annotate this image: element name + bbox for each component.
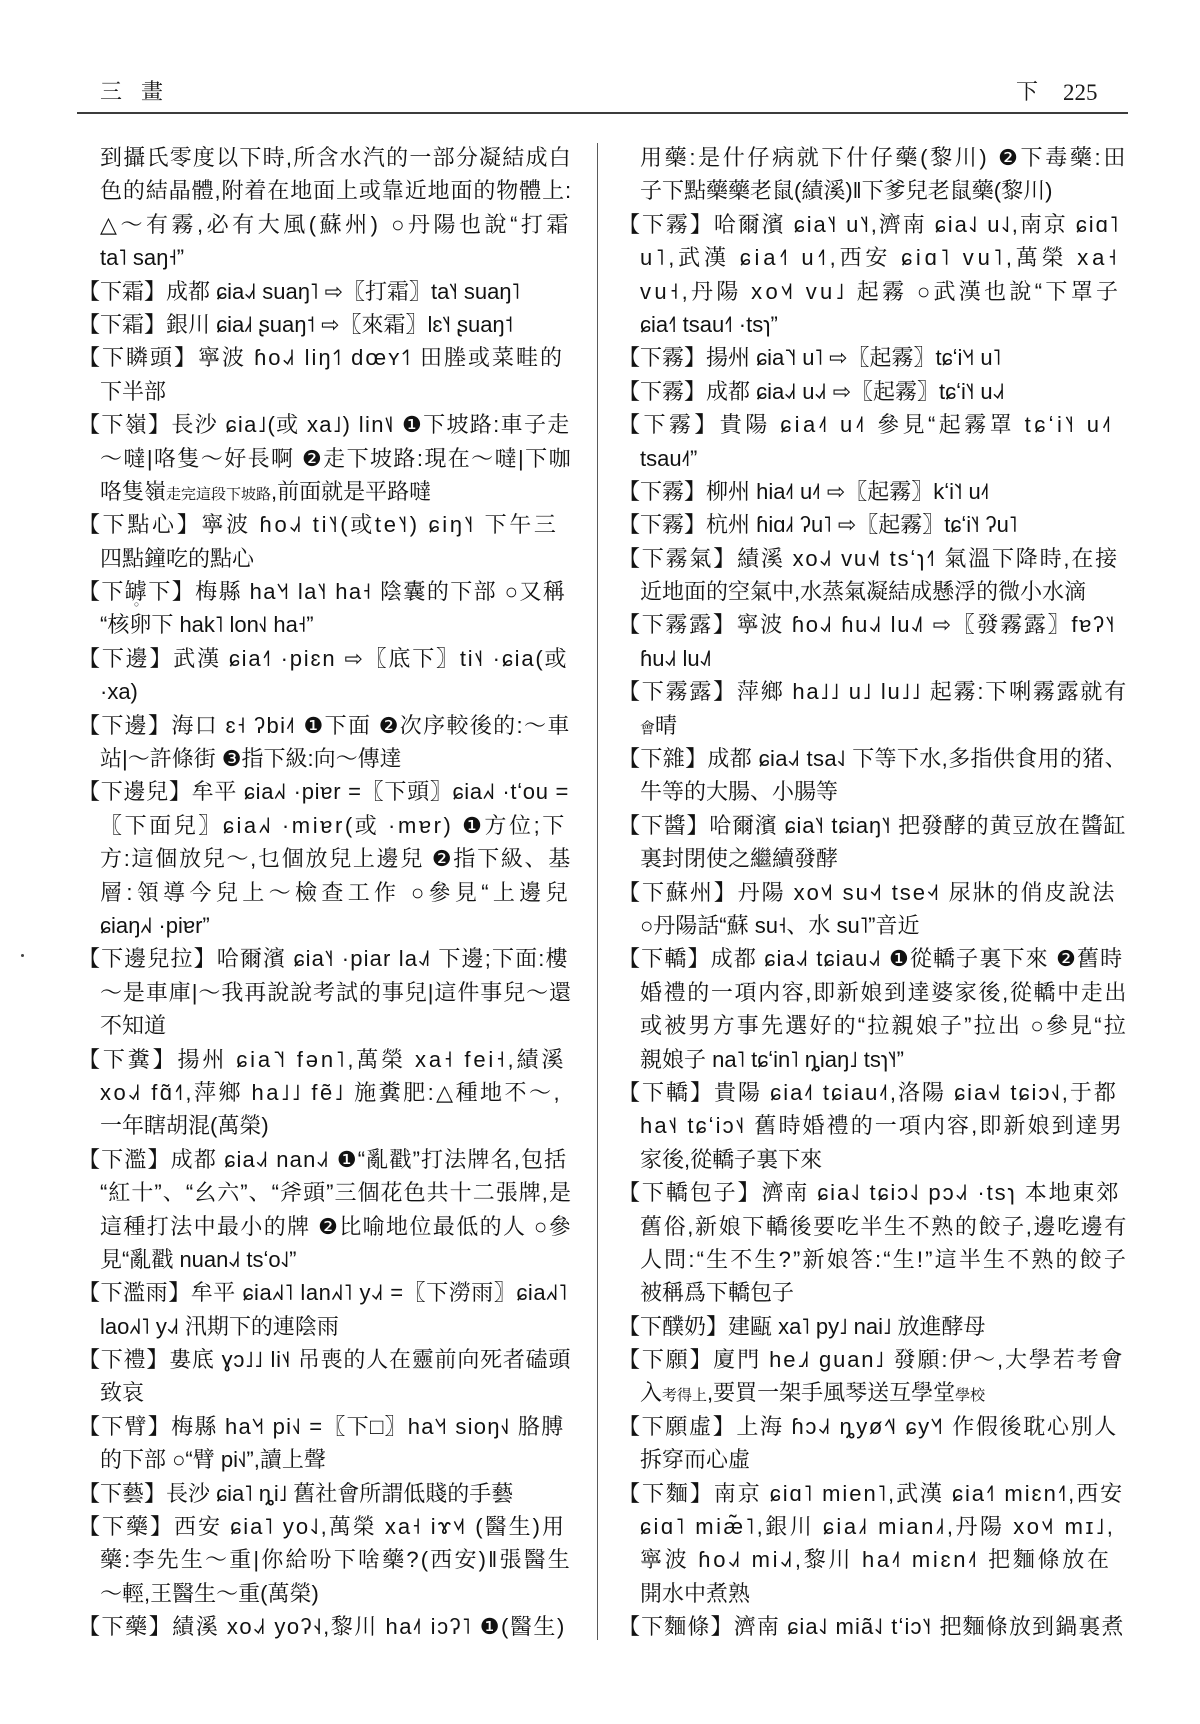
line-text: 【下醬】哈爾濱 ɕia˥˧ tɕiaŋ˥˧ 把發酵的黄豆放在醬缸 — [618, 809, 1126, 842]
dictionary-entry: 【下霧氣】績溪 xo˨˩˧ vu˧˩˥ tsʻɿ˧˥ 氣溫下降時,在接近地面的空… — [618, 542, 1128, 609]
dictionary-entry: 【下霜】銀川 ɕia˩˧ ʂuaŋ˦ ⇨〖來霜〗lɛ˥˧ ʂuaŋ˦ — [78, 308, 572, 341]
entry-headline: 【下霧】成都 ɕia˨˩˧ u˨˩˧ ⇨〖起霧〗tɕʻi˥˧ u˨˩˧ — [618, 375, 1128, 408]
line-text: 【下邊】武漢 ɕia˧˥ ·piɛn ⇨〖底下〗ti˦˨ ·ɕia(或 — [78, 642, 568, 675]
dictionary-entry: 【下濫雨】牟平 ɕia˩˧˩˥ lan˩˧˩˥ y˨˩˧ =〖下澇雨〗ɕia˩˧… — [78, 1276, 572, 1343]
entry-line: 到攝氏零度以下時,所含水汽的一部分凝結成白 — [78, 141, 572, 174]
dictionary-entry: 【下霧】成都 ɕia˨˩˧ u˨˩˧ ⇨〖起霧〗tɕʻi˥˧ u˨˩˧ — [618, 375, 1128, 408]
entry-line: ɕia˧˥ tsau˧˥ ·tsɿ” — [618, 308, 1128, 341]
line-text: 開水中煮熟 — [640, 1577, 750, 1610]
line-text: 裏封閉使之繼續發酵 — [640, 842, 838, 875]
line-text: 拆穿而心虛 — [640, 1443, 750, 1476]
entry-headline: 【下麵】南京 ɕiɑ˥ mien˥,武漢 ɕia˧˥ miɛn˧˥,西安 — [618, 1477, 1128, 1510]
line-text: 【下藝】長沙 ɕia˥ ȵi˩ 舊社會所謂低賤的手藝 — [78, 1477, 513, 1510]
left-column: 到攝氏零度以下時,所含水汽的一部分凝結成白色的結晶體,附着在地面上或靠近地面的物… — [78, 141, 572, 1644]
line-text: tsau˨˦” — [640, 442, 697, 475]
line-text: 【下轎】成都 ɕia˨˩˧ tɕiau˨˩˧ ❶從轎子裏下來 ❷舊時 — [618, 942, 1123, 975]
dictionary-entry: 【下麵】南京 ɕiɑ˥ mien˥,武漢 ɕia˧˥ miɛn˧˥,西安ɕiɑ˥… — [618, 1477, 1128, 1611]
entry-line: 這種打法中最小的牌 ❷比喻地位最低的人 ○參 — [78, 1210, 572, 1243]
entry-headline: 【下臂】梅縣 ha˥˧˦ pi˧˩ =〖下□〗ha˥˧˦ sioŋ˧˩ 胳膊 — [78, 1410, 572, 1443]
entry-headline: 【下轎】成都 ɕia˨˩˧ tɕiau˨˩˧ ❶從轎子裏下來 ❷舊時 — [618, 942, 1128, 975]
entry-line: ～輕,王醫生～重(萬榮) — [78, 1577, 572, 1610]
entry-headline: 【下藥】西安 ɕia˥ yo˨˩,萬榮 xa˧ iɤ˦˨˦ (醫生)用 — [78, 1510, 572, 1543]
entry-line: 咯隻嶺走完這段下坡路,前面就是平路噠 — [78, 475, 572, 508]
line-text: 【下罅○下】梅縣 ha˥˧˦ la˥˧ ha˧ 陰囊的下部 ○又稱 — [78, 575, 566, 608]
entry-headline: 【下轎】貴陽 ɕia˨˦ tɕiau˨˦,洛陽 ɕia˧˩˧ tɕiɔ˧˩,于都 — [618, 1076, 1128, 1109]
dictionary-entry: 【下禮】婁底 ɣɔ˩˩ li˦˨ 吊喪的人在靈前向死者磕頭致哀 — [78, 1343, 572, 1410]
line-text: 方:這個放兒～,乜個放兒上邊兒 ❷指下級、基 — [100, 842, 572, 875]
entry-headline: 【下轎包子】濟南 ɕia˨˩ tɕiɔ˨˩ pɔ˨˩˧ ·tsɿ 本地東郊 — [618, 1176, 1128, 1209]
dictionary-entry: 【下願】廈門 he˩˩˧ guan˩ 發願:伊～,大學若考會入考得上,要買一架手… — [618, 1343, 1128, 1410]
entry-line: 致哀 — [78, 1376, 572, 1409]
entry-line: 婚禮的一項内容,即新娘到達婆家後,從轎中走出 — [618, 976, 1128, 1009]
line-text: 【下願】廈門 he˩˩˧ guan˩ 發願:伊～,大學若考會 — [618, 1343, 1124, 1376]
entry-headline: 【下點心】寧波 ɦo˨˩˧ ti˥˧(或te˥˧) ɕiŋ˥˧ 下午三 — [78, 508, 572, 541]
dictionary-entry: 【下雜】成都 ɕia˨˩˧ tsa˨˩ 下等下水,多指供食用的猪、牛等的大腸、小… — [618, 742, 1128, 809]
line-text: “紅十”、“幺六”、“斧頭”三個花色共十二張牌,是 — [100, 1176, 572, 1209]
dictionary-entry: 【下邊兒拉】哈爾濱 ɕia˥˧ ·piar la˨˩˦ 下邊;下面:樓～是車庫|… — [78, 942, 572, 1042]
text-segment: 咯隻嶺 — [100, 479, 166, 504]
entry-line: u˥,武漢 ɕia˧˥ u˧˥,西安 ɕiɑ˥ vu˥,萬榮 xa˧ — [618, 241, 1128, 274]
dictionary-entry: 【下轎】成都 ɕia˨˩˧ tɕiau˨˩˧ ❶從轎子裏下來 ❷舊時婚禮的一項内… — [618, 942, 1128, 1076]
entry-headline: 【下願】廈門 he˩˩˧ guan˩ 發願:伊～,大學若考會 — [618, 1343, 1128, 1376]
line-text: 或被男方事先選好的“拉親娘子”拉出 ○參見“拉 — [640, 1009, 1128, 1042]
entry-headline: 【下藥】績溪 xo˨˩˧ yoʔ˧˨,黎川 ha˨˦ iɔʔ˥ ❶(醫生) — [78, 1610, 572, 1643]
small-annotation: 會 — [640, 720, 655, 737]
entry-line: 方:這個放兒～,乜個放兒上邊兒 ❷指下級、基 — [78, 842, 572, 875]
entry-line: ～是車庫|～我再說說考試的事兒|這件事兒～還 — [78, 976, 572, 1009]
line-text: 【下霧氣】績溪 xo˨˩˧ vu˧˩˥ tsʻɿ˧˥ 氣溫下降時,在接 — [618, 542, 1119, 575]
line-text: 人問:“生不生?”新娘答:“生!”這半生不熟的餃子 — [640, 1243, 1128, 1276]
line-text: 一年瞎胡混(萬榮) — [100, 1109, 269, 1142]
entry-headline: 【下邊兒】牟平 ɕia˩˧˩ ·piɐr =〖下頭〗ɕia˩˧˩ ·tʻou = — [78, 775, 572, 808]
line-text: ～噠|咯隻～好長啊 ❷走下坡路:現在～噠|下咖 — [100, 442, 572, 475]
entry-line: xo˨˩˧ fɑ̃˧˥,萍鄉 ha˩˩ fẽ˩ 施糞肥:△種地不～, — [78, 1076, 572, 1109]
line-text: 【下嶺】長沙 ɕia˩(或 xa˩) lin˦˩ ❶下坡路:車子走 — [78, 408, 571, 441]
entry-headline: 【下邊】武漢 ɕia˧˥ ·piɛn ⇨〖底下〗ti˦˨ ·ɕia(或 — [78, 642, 572, 675]
line-text: 【下霜】銀川 ɕia˩˧ ʂuaŋ˦ ⇨〖來霜〗lɛ˥˧ ʂuaŋ˦ — [78, 308, 513, 341]
dictionary-entry: 【下濫】成都 ɕia˨˩˧ nan˨˩˧ ❶“亂戳”打法牌名,包括“紅十”、“幺… — [78, 1143, 572, 1277]
line-text: 【下轎】貴陽 ɕia˨˦ tɕiau˨˦,洛陽 ɕia˧˩˧ tɕiɔ˧˩,于都 — [618, 1076, 1118, 1109]
line-text: ta˥ saŋ˧” — [100, 241, 184, 274]
entry-line: 子下點藥藥老鼠(績溪)‖下爹兒老鼠藥(黎川) — [618, 174, 1128, 207]
line-text: 會晴 — [640, 709, 677, 745]
entry-headline: 【下邊兒拉】哈爾濱 ɕia˥˧ ·piar la˨˩˦ 下邊;下面:樓 — [78, 942, 572, 975]
line-text: ɦu˨˩˧ lu˨˩˥ — [640, 642, 712, 675]
entry-line: 牛等的大腸、小腸等 — [618, 775, 1128, 808]
line-text: 藥:李先生～重|你給吩下啥藥?(西安)‖張醫生 — [100, 1543, 572, 1576]
entry-headline: 【下罅○下】梅縣 ha˥˧˦ la˥˧ ha˧ 陰囊的下部 ○又稱 — [78, 575, 572, 608]
entry-headline: 【下禮】婁底 ɣɔ˩˩ li˦˨ 吊喪的人在靈前向死者磕頭 — [78, 1343, 572, 1376]
entry-headline: 【下霧露】萍鄉 ha˩˩ u˩ lu˩˩ 起霧:下唎霧露就有 — [618, 675, 1128, 708]
entry-headline: 【下邊】海口 ɛ˧ ʔbi˨˦ ❶下面 ❷次序較後的:～車 — [78, 709, 572, 742]
dictionary-entry: 【下瞵頭】寧波 ɦo˨˩˧ liŋ˦˥ dœʏ˦˥ 田塍或菜畦的下半部 — [78, 341, 572, 408]
entry-line: 或被男方事先選好的“拉親娘子”拉出 ○參見“拉 — [618, 1009, 1128, 1042]
entry-line: ○丹陽話“蘇 su˧、水 su˥”音近 — [618, 909, 1128, 942]
running-head-character: 下 — [1016, 80, 1038, 106]
dictionary-entry: 【下藥】西安 ɕia˥ yo˨˩,萬榮 xa˧ iɤ˦˨˦ (醫生)用藥:李先生… — [78, 1510, 572, 1610]
right-column: 用藥:是什仔病就下什仔藥(黎川) ❷下毒藥:田子下點藥藥老鼠(績溪)‖下爹兒老鼠… — [618, 141, 1128, 1644]
line-text: 家後,從轎子裏下來 — [640, 1143, 822, 1176]
entry-line: 藥:李先生～重|你給吩下啥藥?(西安)‖張醫生 — [78, 1543, 572, 1576]
line-text: 【下邊兒】牟平 ɕia˩˧˩ ·piɐr =〖下頭〗ɕia˩˧˩ ·tʻou = — [78, 775, 569, 808]
entry-line: 會晴 — [618, 709, 1128, 742]
entry-headline: 【下霧】杭州 ɦiɑ˩˧ ʔu˥ ⇨〖起霧〗tɕʻi˥˧ ʔu˥ — [618, 508, 1128, 541]
header-rule — [77, 112, 1128, 114]
entry-line: tsau˨˦” — [618, 442, 1128, 475]
line-text: 近地面的空氣中,水蒸氣凝結成懸浮的微小水滴 — [640, 575, 1086, 608]
entry-line: △～有霧,必有大風(蘇州) ○丹陽也說“打霜 — [78, 208, 572, 241]
entry-line: 家後,從轎子裏下來 — [618, 1143, 1128, 1176]
entry-headline: 【下蘇州】丹陽 xo˦˨˦ su˧˨˦ tse˧˨˦ 尿牀的俏皮說法 — [618, 876, 1128, 909]
entry-line: 拆穿而心虛 — [618, 1443, 1128, 1476]
circle-mark-below-icon: ○ — [134, 600, 139, 609]
entry-line: “紅十”、“幺六”、“斧頭”三個花色共十二張牌,是 — [78, 1176, 572, 1209]
line-text: 子下點藥藥老鼠(績溪)‖下爹兒老鼠藥(黎川) — [640, 174, 1052, 207]
entry-headline: 【下醭奶】建甌 xa˥ py˩ nai˩ 放進酵母 — [618, 1310, 1128, 1343]
small-annotation: 走完這段下坡路 — [166, 486, 271, 503]
entry-headline: 【下霧】貴陽 ɕia˨˦ u˨˦ 參見“起霧罩 tɕʻi˥˧ u˨˦ — [618, 408, 1128, 441]
line-text: 【下邊】海口 ɛ˧ ʔbi˨˦ ❶下面 ❷次序較後的:～車 — [78, 709, 571, 742]
entry-line: ta˥ saŋ˧” — [78, 241, 572, 274]
line-text: u˥,武漢 ɕia˧˥ u˧˥,西安 ɕiɑ˥ vu˥,萬榮 xa˧ — [640, 241, 1120, 274]
entry-line: 四點鐘吃的點心 — [78, 542, 572, 575]
section-label-char: 畫 — [141, 80, 163, 106]
line-text: ～是車庫|～我再說說考試的事兒|這件事兒～還 — [100, 976, 572, 1009]
entry-headline: 【下糞】揚州 ɕia˥˥˧ fən˥,萬榮 xa˧ fei˧,績溪 — [78, 1043, 572, 1076]
entry-line: ɕiɑ˥ miæ̃˥,銀川 ɕia˩˧ mian˩˧,丹陽 xo˦˨˦ mɪ˩, — [618, 1510, 1128, 1543]
dictionary-entry: 【下邊】海口 ɛ˧ ʔbi˨˦ ❶下面 ❷次序較後的:～車站|～許條街 ❸指下級… — [78, 709, 572, 776]
line-text: 【下糞】揚州 ɕia˥˥˧ fən˥,萬榮 xa˧ fei˧,績溪 — [78, 1043, 566, 1076]
scan-speck — [21, 954, 24, 957]
entry-line: 寧波 ɦo˨˩˧ mi˨˩˧,黎川 ha˨˦ miɛn˨˦ 把麵條放在 — [618, 1543, 1128, 1576]
line-text: 色的結晶體,附着在地面上或靠近地面的物體上: — [100, 174, 572, 207]
dictionary-entry: 【下藝】長沙 ɕia˥ ȵi˩ 舊社會所謂低賤的手藝 — [78, 1477, 572, 1510]
line-text: 【下邊兒拉】哈爾濱 ɕia˥˧ ·piar la˨˩˦ 下邊;下面:樓 — [78, 942, 569, 975]
line-text: 【下醭奶】建甌 xa˥ py˩ nai˩ 放進酵母 — [618, 1310, 986, 1343]
line-text: 【下藥】績溪 xo˨˩˧ yoʔ˧˨,黎川 ha˨˦ iɔʔ˥ ❶(醫生) — [78, 1610, 566, 1643]
line-text: 【下霧】杭州 ɦiɑ˩˧ ʔu˥ ⇨〖起霧〗tɕʻi˥˧ ʔu˥ — [618, 508, 1017, 541]
line-text: 【下瞵頭】寧波 ɦo˨˩˧ liŋ˦˥ dœʏ˦˥ 田塍或菜畦的 — [78, 341, 564, 374]
line-text: 【下點心】寧波 ɦo˨˩˧ ti˥˧(或te˥˧) ɕiŋ˥˧ 下午三 — [78, 508, 559, 541]
dictionary-entry: 【下邊兒】牟平 ɕia˩˧˩ ·piɐr =〖下頭〗ɕia˩˧˩ ·tʻou =… — [78, 775, 572, 942]
line-text: 【下霧露】萍鄉 ha˩˩ u˩ lu˩˩ 起霧:下唎霧露就有 — [618, 675, 1128, 708]
entry-headline: 【下霧露】寧波 ɦo˨˩˧ ɦu˨˩˧ lu˨˩˥ ⇨〖發霧露〗fɐʔ˥˧ — [618, 608, 1128, 641]
dictionary-entry: 【下藥】績溪 xo˨˩˧ yoʔ˧˨,黎川 ha˨˦ iɔʔ˥ ❶(醫生) — [78, 1610, 572, 1643]
entry-line: 層:領導今兒上～檢查工作 ○參見“上邊兒 — [78, 876, 572, 909]
section-label-char: 三 — [100, 80, 122, 106]
dictionary-entry: 到攝氏零度以下時,所含水汽的一部分凝結成白色的結晶體,附着在地面上或靠近地面的物… — [78, 141, 572, 275]
line-text: 【下霧】哈爾濱 ɕia˥˧ u˥˧,濟南 ɕia˨˩ u˨˩,南京 ɕiɑ˥ — [618, 208, 1120, 241]
entry-line: 的下部 ○“臂 pi˧˩”,讀上聲 — [78, 1443, 572, 1476]
line-text: xo˨˩˧ fɑ̃˧˥,萍鄉 ha˩˩ fẽ˩ 施糞肥:△種地不～, — [100, 1076, 562, 1109]
line-text: 【下雜】成都 ɕia˨˩˧ tsa˨˩ 下等下水,多指供食用的猪、 — [618, 742, 1127, 775]
line-text: 不知道 — [100, 1009, 166, 1042]
entry-line: ·xa) — [78, 675, 572, 708]
entry-line: ɦu˨˩˧ lu˨˩˥ — [618, 642, 1128, 675]
dictionary-entry: 【下霧】杭州 ɦiɑ˩˧ ʔu˥ ⇨〖起霧〗tɕʻi˥˧ ʔu˥ — [618, 508, 1128, 541]
line-text: 【下霧】揚州 ɕia˥˥˧ u˥ ⇨〖起霧〗tɕʻi˥˧˦ u˥ — [618, 341, 1001, 374]
text-segment: 入 — [640, 1380, 662, 1405]
dictionary-entry: 【下霧】貴陽 ɕia˨˦ u˨˦ 參見“起霧罩 tɕʻi˥˧ u˨˦tsau˨˦… — [618, 408, 1128, 475]
entry-headline: 【下濫】成都 ɕia˨˩˧ nan˨˩˧ ❶“亂戳”打法牌名,包括 — [78, 1143, 572, 1176]
entry-line: 被稱爲下轎包子 — [618, 1276, 1128, 1309]
line-text: 致哀 — [100, 1376, 144, 1409]
entry-line: 色的結晶體,附着在地面上或靠近地面的物體上: — [78, 174, 572, 207]
line-text: 咯隻嶺走完這段下坡路,前面就是平路噠 — [100, 475, 431, 511]
entry-line: 下半部 — [78, 375, 572, 408]
line-text: ～輕,王醫生～重(萬榮) — [100, 1577, 319, 1610]
entry-line: ɕiaŋ˩˧˩ ·piɐr” — [78, 909, 572, 942]
dictionary-entry: 【下霧】哈爾濱 ɕia˥˧ u˥˧,濟南 ɕia˨˩ u˨˩,南京 ɕiɑ˥u˥… — [618, 208, 1128, 342]
line-text: ɕiaŋ˩˧˩ ·piɐr” — [100, 909, 210, 942]
dictionary-entry: 【下蘇州】丹陽 xo˦˨˦ su˧˨˦ tse˧˨˦ 尿牀的俏皮說法○丹陽話“蘇… — [618, 876, 1128, 943]
entry-line: 舊俗,新娘下轎後要吃半生不熟的餃子,邊吃邊有 — [618, 1210, 1128, 1243]
entry-line: ha˦˨ tɕʻiɔ˦˨ 舊時婚禮的一項内容,即新娘到達男 — [618, 1109, 1128, 1142]
entry-headline: 【下霜】銀川 ɕia˩˧ ʂuaŋ˦ ⇨〖來霜〗lɛ˥˧ ʂuaŋ˦ — [78, 308, 572, 341]
text-segment: ,要買一架手風琴送互學堂 — [707, 1380, 955, 1405]
line-text: 【下願虛】上海 ɦɔ˨˩˧ ȵyø˧˥˨ ɕy˥˧˥ 作假後耽心別人 — [618, 1410, 1118, 1443]
page-number: 225 — [1063, 80, 1098, 106]
entry-line: 近地面的空氣中,水蒸氣凝結成懸浮的微小水滴 — [618, 575, 1128, 608]
dictionary-entry: 【下糞】揚州 ɕia˥˥˧ fən˥,萬榮 xa˧ fei˧,績溪xo˨˩˧ f… — [78, 1043, 572, 1143]
dictionary-entry: 【下醭奶】建甌 xa˥ py˩ nai˩ 放進酵母 — [618, 1310, 1128, 1343]
text-segment: 【下 — [78, 579, 125, 604]
dictionary-entry: 【下邊】武漢 ɕia˧˥ ·piɛn ⇨〖底下〗ti˦˨ ·ɕia(或·xa) — [78, 642, 572, 709]
line-text: 站|～許條街 ❸指下級:向～傳達 — [100, 742, 402, 775]
dictionary-entry: 【下麵條】濟南 ɕia˨˩ miã˨˩ tʻiɔ˥˧ 把麵條放到鍋裏煮 — [618, 1610, 1128, 1643]
entry-line: lao˩˧˩˥ y˨˩˧ 汛期下的連陰雨 — [78, 1310, 572, 1343]
line-text: 四點鐘吃的點心 — [100, 542, 254, 575]
entry-line: 人問:“生不生?”新娘答:“生!”這半生不熟的餃子 — [618, 1243, 1128, 1276]
entry-line: 入考得上,要買一架手風琴送互學堂學校 — [618, 1376, 1128, 1409]
entry-headline: 【下藝】長沙 ɕia˥ ȵi˩ 舊社會所謂低賤的手藝 — [78, 1477, 572, 1510]
line-text: 【下霧】貴陽 ɕia˨˦ u˨˦ 參見“起霧罩 tɕʻi˥˧ u˨˦ — [618, 408, 1114, 441]
dictionary-entry: 【下霧】揚州 ɕia˥˥˧ u˥ ⇨〖起霧〗tɕʻi˥˧˦ u˥ — [618, 341, 1128, 374]
entry-headline: 【下霜】成都 ɕia˨˩˧ suaŋ˥ ⇨〖打霜〗ta˥˧ suaŋ˥ — [78, 275, 572, 308]
dictionary-entry: 【下願虛】上海 ɦɔ˨˩˧ ȵyø˧˥˨ ɕy˥˧˥ 作假後耽心別人拆穿而心虛 — [618, 1410, 1128, 1477]
entry-headline: 【下雜】成都 ɕia˨˩˧ tsa˨˩ 下等下水,多指供食用的猪、 — [618, 742, 1128, 775]
dictionary-entry: 【下霜】成都 ɕia˨˩˧ suaŋ˥ ⇨〖打霜〗ta˥˧ suaŋ˥ — [78, 275, 572, 308]
dictionary-entry: 【下霧露】萍鄉 ha˩˩ u˩ lu˩˩ 起霧:下唎霧露就有會晴 — [618, 675, 1128, 742]
line-text: 層:領導今兒上～檢查工作 ○參見“上邊兒 — [100, 876, 572, 909]
line-text: 婚禮的一項内容,即新娘到達婆家後,從轎中走出 — [640, 976, 1128, 1009]
line-text: 親娘子 na˥ tɕʻin˥ ȵiaŋ˩ tsɿ˥˧” — [640, 1043, 904, 1076]
entry-headline: 【下濫雨】牟平 ɕia˩˧˩˥ lan˩˧˩˥ y˨˩˧ =〖下澇雨〗ɕia˩˧… — [78, 1276, 572, 1309]
line-text: 入考得上,要買一架手風琴送互學堂學校 — [640, 1376, 985, 1412]
entry-line: 見“亂戳 nuan˨˩˧ tsʻo˨˩” — [78, 1243, 572, 1276]
dictionary-entry: 【下點心】寧波 ɦo˨˩˧ ti˥˧(或te˥˧) ɕiŋ˥˧ 下午三四點鐘吃的… — [78, 508, 572, 575]
entry-headline: 【下麵條】濟南 ɕia˨˩ miã˨˩ tʻiɔ˥˧ 把麵條放到鍋裏煮 — [618, 1610, 1128, 1643]
line-text: 舊俗,新娘下轎後要吃半生不熟的餃子,邊吃邊有 — [640, 1210, 1128, 1243]
line-text: 〖下面兒〗ɕia˩˧˩ ·miɐr(或 ·mɐr) ❶方位;下 — [100, 809, 567, 842]
line-text: 這種打法中最小的牌 ❷比喻地位最低的人 ○參 — [100, 1210, 572, 1243]
dictionary-entry: 【下轎】貴陽 ɕia˨˦ tɕiau˨˦,洛陽 ɕia˧˩˧ tɕiɔ˧˩,于都… — [618, 1076, 1128, 1176]
entry-line: 用藥:是什仔病就下什仔藥(黎川) ❷下毒藥:田 — [618, 141, 1128, 174]
line-text: 【下臂】梅縣 ha˥˧˦ pi˧˩ =〖下□〗ha˥˧˦ sioŋ˧˩ 胳膊 — [78, 1410, 564, 1443]
line-text: 【下禮】婁底 ɣɔ˩˩ li˦˨ 吊喪的人在靈前向死者磕頭 — [78, 1343, 571, 1376]
entry-line: vu˧,丹陽 xo˦˨˦ vu˩ 起霧 ○武漢也說“下罩子 — [618, 275, 1128, 308]
entry-line: 〖下面兒〗ɕia˩˧˩ ·miɐr(或 ·mɐr) ❶方位;下 — [78, 809, 572, 842]
line-text: ɕiɑ˥ miæ̃˥,銀川 ɕia˩˧ mian˩˧,丹陽 xo˦˨˦ mɪ˩, — [640, 1510, 1115, 1543]
line-text: 【下蘇州】丹陽 xo˦˨˦ su˧˨˦ tse˧˨˦ 尿牀的俏皮說法 — [618, 876, 1116, 909]
line-text: 【下藥】西安 ɕia˥ yo˨˩,萬榮 xa˧ iɤ˦˨˦ (醫生)用 — [78, 1510, 566, 1543]
dictionary-entry: 【下醬】哈爾濱 ɕia˥˧ tɕiaŋ˥˧ 把發酵的黄豆放在醬缸裏封閉使之繼續發… — [618, 809, 1128, 876]
line-text: ha˦˨ tɕʻiɔ˦˨ 舊時婚禮的一項内容,即新娘到達男 — [640, 1109, 1124, 1142]
dictionary-entry: 【下罅○下】梅縣 ha˥˧˦ la˥˧ ha˧ 陰囊的下部 ○又稱“核卵下 ha… — [78, 575, 572, 642]
small-annotation: 考得上 — [662, 1387, 707, 1404]
entry-headline: 【下霧氣】績溪 xo˨˩˧ vu˧˩˥ tsʻɿ˧˥ 氣溫下降時,在接 — [618, 542, 1128, 575]
line-text: 【下霧】柳州 hia˨˦ u˨˦ ⇨〖起霧〗kʻi˥˦ u˨˦ — [618, 475, 989, 508]
line-text: 見“亂戳 nuan˨˩˧ tsʻo˨˩” — [100, 1243, 296, 1276]
line-text: △～有霧,必有大風(蘇州) ○丹陽也說“打霜 — [100, 208, 572, 241]
entry-headline: 【下瞵頭】寧波 ɦo˨˩˧ liŋ˦˥ dœʏ˦˥ 田塍或菜畦的 — [78, 341, 572, 374]
line-text: 【下霧】成都 ɕia˨˩˧ u˨˩˧ ⇨〖起霧〗tɕʻi˥˧ u˨˩˧ — [618, 375, 1005, 408]
line-text: 【下濫】成都 ɕia˨˩˧ nan˨˩˧ ❶“亂戳”打法牌名,包括 — [78, 1143, 567, 1176]
dictionary-entry: 【下臂】梅縣 ha˥˧˦ pi˧˩ =〖下□〗ha˥˧˦ sioŋ˧˩ 胳膊的下… — [78, 1410, 572, 1477]
text-segment: ,前面就是平路噠 — [271, 479, 431, 504]
line-text: ɕia˧˥ tsau˧˥ ·tsɿ” — [640, 308, 778, 341]
line-text: 被稱爲下轎包子 — [640, 1276, 794, 1309]
line-text: vu˧,丹陽 xo˦˨˦ vu˩ 起霧 ○武漢也說“下罩子 — [640, 275, 1121, 308]
dictionary-entry: 【下霧】柳州 hia˨˦ u˨˦ ⇨〖起霧〗kʻi˥˦ u˨˦ — [618, 475, 1128, 508]
dictionary-entry: 【下霧露】寧波 ɦo˨˩˧ ɦu˨˩˧ lu˨˩˥ ⇨〖發霧露〗fɐʔ˥˧ɦu˨… — [618, 608, 1128, 675]
entry-line: ～噠|咯隻～好長啊 ❷走下坡路:現在～噠|下咖 — [78, 442, 572, 475]
line-text: “核卵下 hak˥ lon˧˩ ha˧” — [100, 608, 314, 641]
line-text: 【下轎包子】濟南 ɕia˨˩ tɕiɔ˨˩ pɔ˨˩˧ ·tsɿ 本地東郊 — [618, 1176, 1120, 1209]
line-text: 【下霧露】寧波 ɦo˨˩˧ ɦu˨˩˧ lu˨˩˥ ⇨〖發霧露〗fɐʔ˥˧ — [618, 608, 1116, 641]
entry-line: 開水中煮熟 — [618, 1577, 1128, 1610]
marked-character: 罅○ — [125, 575, 148, 608]
column-divider — [597, 143, 598, 1640]
entry-line: 一年瞎胡混(萬榮) — [78, 1109, 572, 1142]
entry-line: 站|～許條街 ❸指下級:向～傳達 — [78, 742, 572, 775]
dictionary-entry: 【下嶺】長沙 ɕia˩(或 xa˩) lin˦˩ ❶下坡路:車子走～噠|咯隻～好… — [78, 408, 572, 508]
line-text: 用藥:是什仔病就下什仔藥(黎川) ❷下毒藥:田 — [640, 141, 1128, 174]
text-segment: 下】梅縣 ha˥˧˦ la˥˧ ha˧ 陰囊的下部 ○又稱 — [148, 579, 566, 604]
entry-headline: 【下醬】哈爾濱 ɕia˥˧ tɕiaŋ˥˧ 把發酵的黄豆放在醬缸 — [618, 809, 1128, 842]
entry-line: 不知道 — [78, 1009, 572, 1042]
small-annotation: 學校 — [955, 1387, 985, 1404]
line-text: lao˩˧˩˥ y˨˩˧ 汛期下的連陰雨 — [100, 1310, 339, 1343]
line-text: 【下濫雨】牟平 ɕia˩˧˩˥ lan˩˧˩˥ y˨˩˧ =〖下澇雨〗ɕia˩˧… — [78, 1276, 568, 1309]
text-segment: 晴 — [655, 713, 677, 738]
entry-headline: 【下霧】揚州 ɕia˥˥˧ u˥ ⇨〖起霧〗tɕʻi˥˧˦ u˥ — [618, 341, 1128, 374]
line-text: ·xa) — [100, 675, 138, 708]
line-text: 到攝氏零度以下時,所含水汽的一部分凝結成白 — [100, 141, 572, 174]
line-text: 【下霜】成都 ɕia˨˩˧ suaŋ˥ ⇨〖打霜〗ta˥˧ suaŋ˥ — [78, 275, 520, 308]
line-text: 牛等的大腸、小腸等 — [640, 775, 838, 808]
entry-headline: 【下霧】哈爾濱 ɕia˥˧ u˥˧,濟南 ɕia˨˩ u˨˩,南京 ɕiɑ˥ — [618, 208, 1128, 241]
entry-headline: 【下嶺】長沙 ɕia˩(或 xa˩) lin˦˩ ❶下坡路:車子走 — [78, 408, 572, 441]
dictionary-entry: 用藥:是什仔病就下什仔藥(黎川) ❷下毒藥:田子下點藥藥老鼠(績溪)‖下爹兒老鼠… — [618, 141, 1128, 208]
entry-line: 裏封閉使之繼續發酵 — [618, 842, 1128, 875]
dictionary-entry: 【下轎包子】濟南 ɕia˨˩ tɕiɔ˨˩ pɔ˨˩˧ ·tsɿ 本地東郊舊俗,… — [618, 1176, 1128, 1310]
entry-headline: 【下願虛】上海 ɦɔ˨˩˧ ȵyø˧˥˨ ɕy˥˧˥ 作假後耽心別人 — [618, 1410, 1128, 1443]
line-text: 下半部 — [100, 375, 166, 408]
entry-line: “核卵下 hak˥ lon˧˩ ha˧” — [78, 608, 572, 641]
line-text: 【下麵條】濟南 ɕia˨˩ miã˨˩ tʻiɔ˥˧ 把麵條放到鍋裏煮 — [618, 1610, 1125, 1643]
line-text: 寧波 ɦo˨˩˧ mi˨˩˧,黎川 ha˨˦ miɛn˨˦ 把麵條放在 — [640, 1543, 1112, 1576]
line-text: ○丹陽話“蘇 su˧、水 su˥”音近 — [640, 909, 919, 942]
line-text: 【下麵】南京 ɕiɑ˥ mien˥,武漢 ɕia˧˥ miɛn˧˥,西安 — [618, 1477, 1124, 1510]
line-text: 的下部 ○“臂 pi˧˩”,讀上聲 — [100, 1443, 326, 1476]
entry-line: 親娘子 na˥ tɕʻin˥ ȵiaŋ˩ tsɿ˥˧” — [618, 1043, 1128, 1076]
entry-headline: 【下霧】柳州 hia˨˦ u˨˦ ⇨〖起霧〗kʻi˥˦ u˨˦ — [618, 475, 1128, 508]
